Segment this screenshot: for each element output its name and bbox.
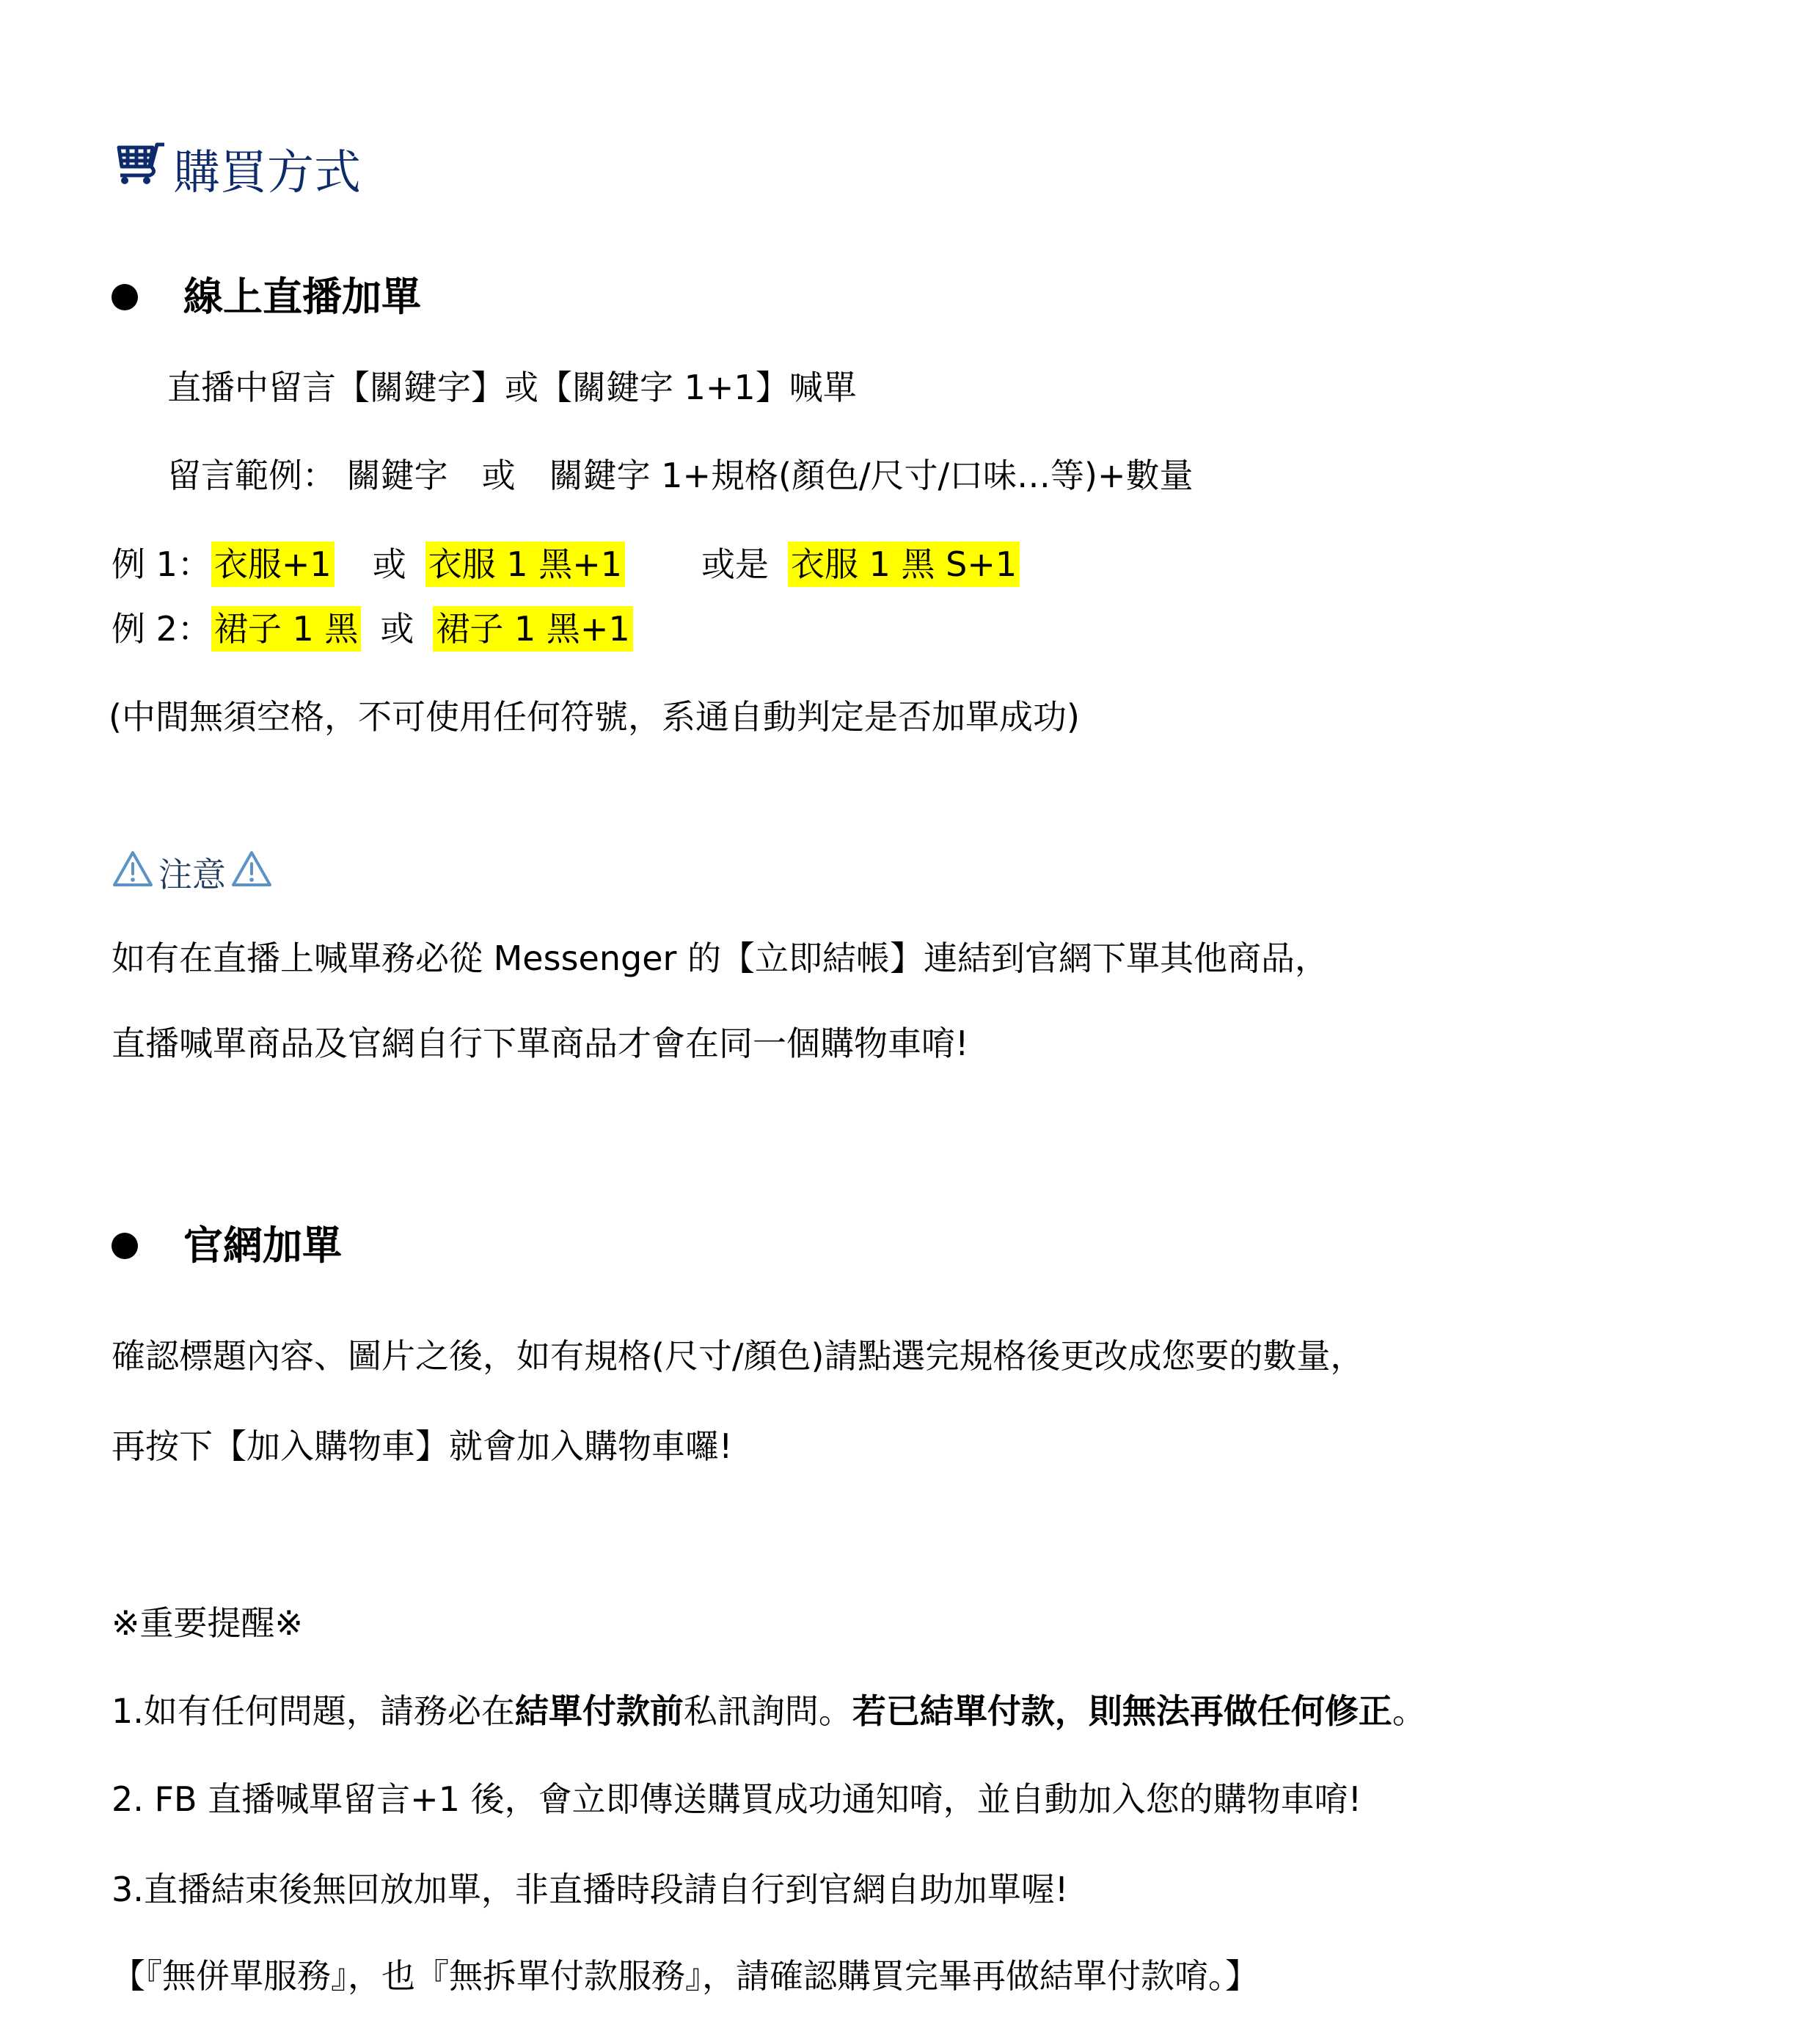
- section-heading-website: 官網加單: [112, 1220, 342, 1272]
- warning-label: 注意: [158, 848, 226, 897]
- separator-text: 或是: [701, 544, 769, 584]
- example-1-row: 例 1：衣服+1或衣服 1 黑+1或是衣服 1 黑 S+1: [112, 542, 1020, 586]
- reminder-item-1: 1.如有任何問題，請務必在結單付款前私訊詢問。若已結單付款，則無法再做任何修正。: [112, 1689, 1426, 1733]
- website-instruction-line-2: 再按下【加入購物車】就會加入購物車囉!: [112, 1424, 732, 1468]
- separator-text: 或: [373, 544, 406, 584]
- website-instruction-line-1: 確認標題內容、圖片之後，如有規格(尺寸/顏色)請點選完規格後更改成您要的數量，: [112, 1334, 1364, 1378]
- reminder-item-2: 2. FB 直播喊單留言+1 後，會立即傳送購買成功通知唷，並自動加入您的購物車…: [112, 1777, 1362, 1821]
- highlighted-example: 裙子 1 黑+1: [433, 606, 632, 652]
- shopping-cart-icon: [116, 140, 173, 197]
- bullet-icon: [112, 284, 138, 310]
- example-2-row: 例 2：裙子 1 黑或裙子 1 黑+1: [112, 607, 633, 651]
- warning-line-2: 直播喊單商品及官網自行下單商品才會在同一個購物車唷!: [112, 1021, 968, 1065]
- example-note: (中間無須空格，不可使用任何符號，系通自動判定是否加單成功): [109, 695, 1080, 739]
- warning-icon: [112, 850, 154, 896]
- reminder-text: 私訊詢問。: [684, 1691, 852, 1731]
- separator-text: 或: [380, 609, 414, 649]
- highlighted-example: 裙子 1 黑: [211, 606, 362, 652]
- page-title: 購買方式: [116, 139, 361, 198]
- bullet-icon: [112, 1233, 138, 1259]
- warning-line-1: 如有在直播上喊單務必從 Messenger 的【立即結帳】連結到官網下單其他商品…: [112, 936, 1329, 980]
- reminder-footer: 【『無併單服務』，也『無拆單付款服務』，請確認購買完畢再做結單付款唷。】: [112, 1954, 1259, 1998]
- comment-example-line: 留言範例： 關鍵字 或 關鍵字 1+規格(顏色/尺寸/口味…等)+數量: [167, 453, 1194, 497]
- warning-icon: [230, 850, 273, 896]
- reminder-bold-text: 若已結單付款，則無法再做任何修正: [852, 1691, 1392, 1731]
- example-label: 例 1：: [112, 544, 211, 584]
- reminder-bold-text: 結單付款前: [515, 1691, 684, 1731]
- warning-heading: 注意: [112, 848, 273, 897]
- highlighted-example: 衣服 1 黑+1: [425, 542, 625, 587]
- live-instruction-line: 直播中留言【關鍵字】或【關鍵字 1+1】喊單: [167, 365, 857, 409]
- reminder-item-3: 3.直播結束後無回放加單，非直播時段請自行到官網自助加單喔!: [112, 1867, 1068, 1911]
- page-title-text: 購買方式: [173, 135, 361, 203]
- example-label: 例 2：: [112, 609, 211, 649]
- section-heading-live: 線上直播加單: [112, 271, 421, 323]
- reminder-text: 1.如有任何問題，請務必在: [112, 1691, 515, 1731]
- section-heading-text: 線上直播加單: [183, 271, 421, 323]
- section-heading-text: 官網加單: [183, 1220, 342, 1272]
- reminder-heading: ※重要提醒※: [112, 1601, 303, 1645]
- highlighted-example: 衣服+1: [211, 542, 335, 587]
- highlighted-example: 衣服 1 黑 S+1: [788, 542, 1020, 587]
- reminder-text: 。: [1392, 1691, 1426, 1731]
